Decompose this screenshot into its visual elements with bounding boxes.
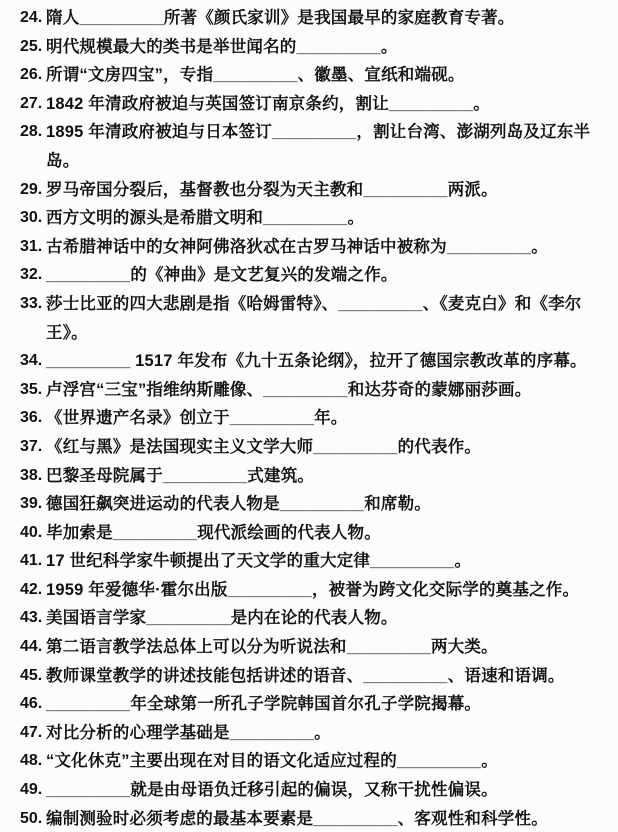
question-number: 34. xyxy=(20,347,46,376)
question-row: 47.对比分析的心理学基础是_________。 xyxy=(20,719,606,748)
question-number: 26. xyxy=(20,61,46,90)
question-number: 49. xyxy=(20,776,46,805)
question-row: 41.17 世纪科学家牛顿提出了天文学的重大定律_________。 xyxy=(20,547,606,576)
question-text: 1842 年清政府被迫与英国签订南京条约，割让_________。 xyxy=(46,90,606,119)
question-number: 46. xyxy=(20,690,46,719)
question-row: 38.巴黎圣母院属于_________式建筑。 xyxy=(20,462,606,491)
question-text: _________ 1517 年发布《九十五条论纲》，拉开了德国宗教改革的序幕。 xyxy=(46,347,606,376)
question-number: 47. xyxy=(20,719,46,748)
question-row: 24.隋人_________所著《颜氏家训》是我国最早的家庭教育专著。 xyxy=(20,4,606,33)
question-row: 36.《世界遗产名录》创立于_________年。 xyxy=(20,404,606,433)
question-text: 1959 年爱德华·霍尔出版_________，被誉为跨文化交际学的奠基之作。 xyxy=(46,576,606,605)
question-text: _________年全球第一所孔子学院韩国首尔孔子学院揭幕。 xyxy=(46,690,606,719)
question-row: 43.美国语言学家_________是内在论的代表人物。 xyxy=(20,604,606,633)
question-row: 35.卢浮宫“三宝”指维纳斯雕像、_________和达芬奇的蒙娜丽莎画。 xyxy=(20,376,606,405)
question-row: 44.第二语言教学法总体上可以分为听说法和_________两大类。 xyxy=(20,633,606,662)
question-row: 33.莎士比亚的四大悲剧是指《哈姆雷特》、_________、《麦克白》和《李尔… xyxy=(20,290,606,347)
question-row: 48.“文化休克”主要出现在对目的语文化适应过程的_________。 xyxy=(20,747,606,776)
question-number: 48. xyxy=(20,747,46,776)
question-text: 美国语言学家_________是内在论的代表人物。 xyxy=(46,604,606,633)
question-row: 29.罗马帝国分裂后，基督教也分裂为天主教和_________两派。 xyxy=(20,176,606,205)
question-number: 33. xyxy=(20,290,46,319)
question-number: 36. xyxy=(20,404,46,433)
question-text: 卢浮宫“三宝”指维纳斯雕像、_________和达芬奇的蒙娜丽莎画。 xyxy=(46,376,606,405)
question-number: 31. xyxy=(20,233,46,262)
question-row: 28.1895 年清政府被迫与日本签订_________，割让台湾、澎湖列岛及辽… xyxy=(20,118,606,175)
question-number: 25. xyxy=(20,33,46,62)
question-number: 24. xyxy=(20,4,46,33)
question-row: 45.教师课堂教学的讲述技能包括讲述的语音、_________、语速和语调。 xyxy=(20,662,606,691)
question-text: 德国狂飙突进运动的代表人物是_________和席勒。 xyxy=(46,490,606,519)
question-number: 38. xyxy=(20,462,46,491)
question-text: 毕加索是_________现代派绘画的代表人物。 xyxy=(46,519,606,548)
question-row: 50.编制测验时必须考虑的最基本要素是_________、客观性和科学性。 xyxy=(20,805,606,832)
question-text: 编制测验时必须考虑的最基本要素是_________、客观性和科学性。 xyxy=(46,805,606,832)
question-row: 31.古希腊神话中的女神阿佛洛狄忒在古罗马神话中被称为_________。 xyxy=(20,233,606,262)
question-number: 32. xyxy=(20,261,46,290)
question-text: 隋人_________所著《颜氏家训》是我国最早的家庭教育专著。 xyxy=(46,4,606,33)
question-number: 27. xyxy=(20,90,46,119)
question-text: _________就是由母语负迁移引起的偏误，又称干扰性偏误。 xyxy=(46,776,606,805)
question-row: 30.西方文明的源头是希腊文明和_________。 xyxy=(20,204,606,233)
question-text: 1895 年清政府被迫与日本签订_________，割让台湾、澎湖列岛及辽东半岛… xyxy=(46,118,606,175)
question-list: 24.隋人_________所著《颜氏家训》是我国最早的家庭教育专著。25.明代… xyxy=(20,4,606,832)
question-number: 39. xyxy=(20,490,46,519)
question-text: “文化休克”主要出现在对目的语文化适应过程的_________。 xyxy=(46,747,606,776)
question-number: 45. xyxy=(20,662,46,691)
question-row: 46._________年全球第一所孔子学院韩国首尔孔子学院揭幕。 xyxy=(20,690,606,719)
question-number: 44. xyxy=(20,633,46,662)
question-row: 25.明代规模最大的类书是举世闻名的_________。 xyxy=(20,33,606,62)
question-row: 42.1959 年爱德华·霍尔出版_________，被誉为跨文化交际学的奠基之… xyxy=(20,576,606,605)
question-number: 43. xyxy=(20,604,46,633)
question-text: 《世界遗产名录》创立于_________年。 xyxy=(46,404,606,433)
question-row: 26.所谓“文房四宝”，专指_________、徽墨、宣纸和端砚。 xyxy=(20,61,606,90)
question-text: 所谓“文房四宝”，专指_________、徽墨、宣纸和端砚。 xyxy=(46,61,606,90)
question-number: 30. xyxy=(20,204,46,233)
question-number: 40. xyxy=(20,519,46,548)
question-text: 明代规模最大的类书是举世闻名的_________。 xyxy=(46,33,606,62)
question-number: 29. xyxy=(20,176,46,205)
question-text: 罗马帝国分裂后，基督教也分裂为天主教和_________两派。 xyxy=(46,176,606,205)
question-text: 17 世纪科学家牛顿提出了天文学的重大定律_________。 xyxy=(46,547,606,576)
question-number: 50. xyxy=(20,805,46,832)
question-row: 40.毕加索是_________现代派绘画的代表人物。 xyxy=(20,519,606,548)
question-number: 28. xyxy=(20,118,46,147)
question-row: 49._________就是由母语负迁移引起的偏误，又称干扰性偏误。 xyxy=(20,776,606,805)
question-number: 35. xyxy=(20,376,46,405)
question-text: 第二语言教学法总体上可以分为听说法和_________两大类。 xyxy=(46,633,606,662)
question-text: 西方文明的源头是希腊文明和_________。 xyxy=(46,204,606,233)
question-number: 41. xyxy=(20,547,46,576)
question-number: 42. xyxy=(20,576,46,605)
question-row: 34._________ 1517 年发布《九十五条论纲》，拉开了德国宗教改革的… xyxy=(20,347,606,376)
question-number: 37. xyxy=(20,433,46,462)
question-text: 巴黎圣母院属于_________式建筑。 xyxy=(46,462,606,491)
question-row: 39.德国狂飙突进运动的代表人物是_________和席勒。 xyxy=(20,490,606,519)
question-text: 莎士比亚的四大悲剧是指《哈姆雷特》、_________、《麦克白》和《李尔王》。 xyxy=(46,290,606,347)
question-text: 教师课堂教学的讲述技能包括讲述的语音、_________、语速和语调。 xyxy=(46,662,606,691)
question-text: 古希腊神话中的女神阿佛洛狄忒在古罗马神话中被称为_________。 xyxy=(46,233,606,262)
question-text: _________的《神曲》是文艺复兴的发端之作。 xyxy=(46,261,606,290)
question-text: 对比分析的心理学基础是_________。 xyxy=(46,719,606,748)
question-row: 27.1842 年清政府被迫与英国签订南京条约，割让_________。 xyxy=(20,90,606,119)
question-text: 《红与黑》是法国现实主义文学大师_________的代表作。 xyxy=(46,433,606,462)
question-row: 32._________的《神曲》是文艺复兴的发端之作。 xyxy=(20,261,606,290)
question-row: 37.《红与黑》是法国现实主义文学大师_________的代表作。 xyxy=(20,433,606,462)
scanned-exam-page: 24.隋人_________所著《颜氏家训》是我国最早的家庭教育专著。25.明代… xyxy=(0,0,618,832)
